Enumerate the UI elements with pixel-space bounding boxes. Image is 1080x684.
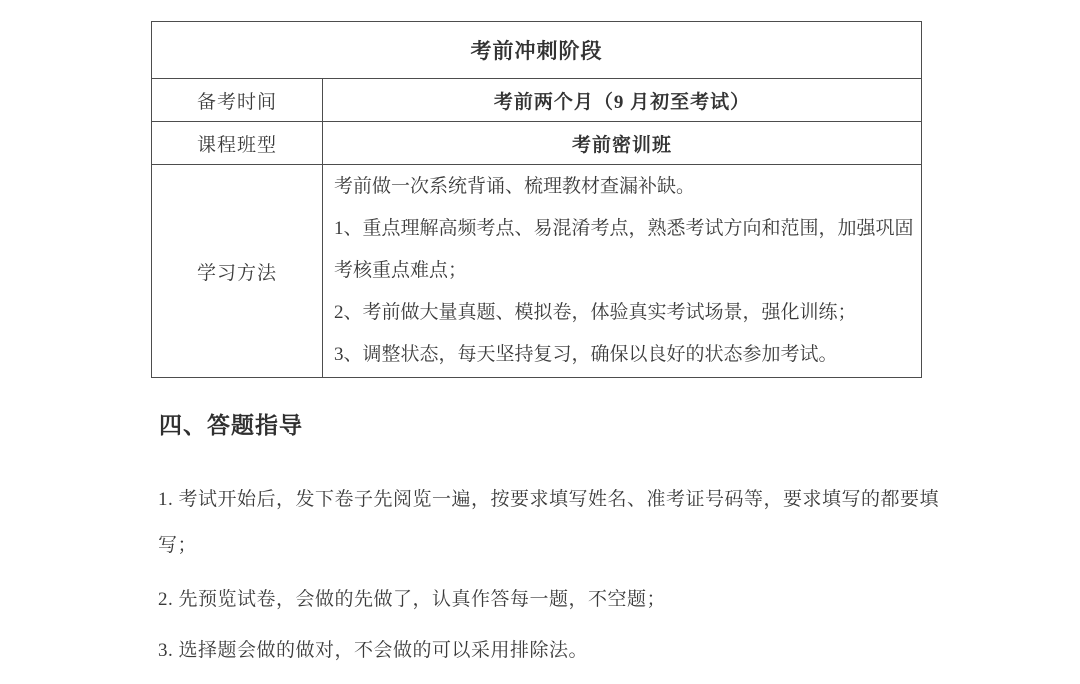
study-method-line: 3、调整状态，每天坚持复习，确保以良好的状态参加考试。 bbox=[334, 334, 921, 376]
course-type-value: 考前密训班 bbox=[323, 122, 921, 164]
document-page: 考前冲刺阶段 备考时间 考前两个月（9 月初至考试） 课程班型 考前密训班 学习… bbox=[0, 0, 1080, 684]
prep-time-value: 考前两个月（9 月初至考试） bbox=[323, 79, 921, 121]
table-title: 考前冲刺阶段 bbox=[152, 22, 921, 79]
study-plan-table: 考前冲刺阶段 备考时间 考前两个月（9 月初至考试） 课程班型 考前密训班 学习… bbox=[151, 21, 922, 378]
study-method-line: 考核重点难点； bbox=[334, 250, 921, 292]
study-method-label: 学习方法 bbox=[152, 165, 323, 377]
study-method-content: 考前做一次系统背诵、梳理教材查漏补缺。 1、重点理解高频考点、易混淆考点，熟悉考… bbox=[323, 165, 921, 377]
guidance-line: 3. 选择题会做的做对，不会做的可以采用排除法。 bbox=[158, 635, 588, 662]
guidance-line: 2. 先预览试卷，会做的先做了，认真作答每一题，不空题； bbox=[158, 584, 666, 611]
guidance-line: 写； bbox=[158, 530, 197, 557]
study-method-line: 2、考前做大量真题、模拟卷，体验真实考试场景，强化训练； bbox=[334, 292, 921, 334]
course-type-label: 课程班型 bbox=[152, 122, 323, 164]
section-heading: 四、答题指导 bbox=[159, 407, 303, 440]
study-method-line: 考前做一次系统背诵、梳理教材查漏补缺。 bbox=[334, 166, 921, 208]
guidance-line: 1. 考试开始后，发下卷子先阅览一遍，按要求填写姓名、准考证号码等，要求填写的都… bbox=[158, 484, 939, 511]
study-method-line: 1、重点理解高频考点、易混淆考点，熟悉考试方向和范围，加强巩固 bbox=[334, 208, 921, 250]
table-row-study-method: 学习方法 考前做一次系统背诵、梳理教材查漏补缺。 1、重点理解高频考点、易混淆考… bbox=[152, 165, 921, 377]
table-row-prep-time: 备考时间 考前两个月（9 月初至考试） bbox=[152, 79, 921, 122]
table-row-course-type: 课程班型 考前密训班 bbox=[152, 122, 921, 165]
prep-time-label: 备考时间 bbox=[152, 79, 323, 121]
